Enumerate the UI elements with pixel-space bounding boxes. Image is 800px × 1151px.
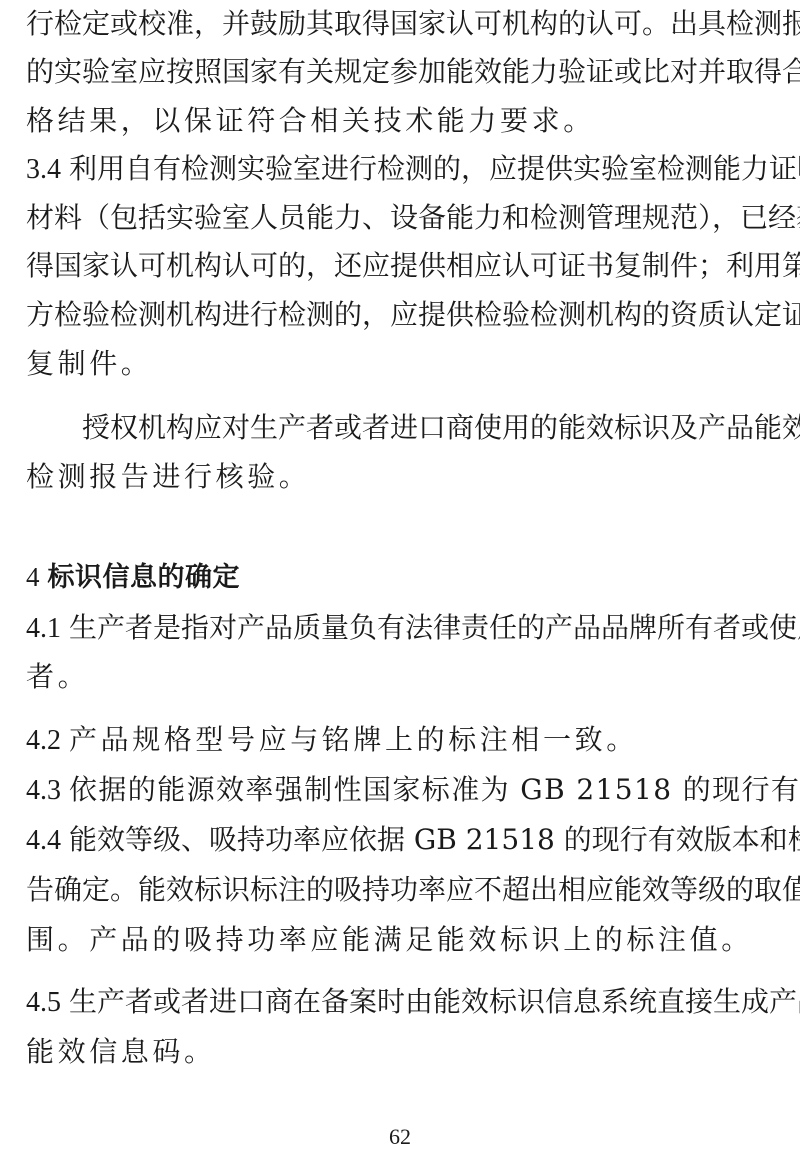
paragraph-line: 授权机构应对生产者或者进口商使用的能效标识及产品能效 <box>82 411 778 445</box>
clause-4-4-line: 围。产品的吸持功率应能满足能效标识上的标注值。 <box>26 923 778 957</box>
clause-text: 生产者是指对产品质量负有法律责任的产品品牌所有者或使用 <box>69 611 800 644</box>
clause-4-4-line: 告确定。能效标识标注的吸持功率应不超出相应能效等级的取值范 <box>26 873 778 907</box>
clause-4-4-line: 4.4能效等级、吸持功率应依据 GB 21518 的现行有效版本和检测报 <box>26 823 778 858</box>
clause-4-2-line: 4.2产品规格型号应与铭牌上的标注相一致。 <box>26 723 778 758</box>
clause-4-5-line: 4.5生产者或者进口商在备案时由能效标识信息系统直接生成产品 <box>26 985 778 1020</box>
clause-4-1-line: 4.1生产者是指对产品质量负有法律责任的产品品牌所有者或使用 <box>26 611 778 646</box>
clause-number: 3.4 <box>26 154 61 185</box>
clause-number: 4.2 <box>26 725 61 756</box>
clause-number: 4.3 <box>26 775 61 806</box>
clause-3-4-line: 复制件。 <box>26 347 778 381</box>
clause-number: 4.1 <box>26 613 61 644</box>
section-title: 标识信息的确定 <box>48 562 241 593</box>
paragraph-line: 的实验室应按照国家有关规定参加能效能力验证或比对并取得合 <box>26 55 778 89</box>
clause-3-4-line: 材料（包括实验室人员能力、设备能力和检测管理规范），已经获 <box>26 201 778 235</box>
clause-number: 4.5 <box>26 987 61 1018</box>
clause-number: 4.4 <box>26 825 61 856</box>
clause-3-4-line: 3.4利用自有检测实验室进行检测的，应提供实验室检测能力证明 <box>26 152 778 187</box>
clause-3-4-line: 得国家认可机构认可的，还应提供相应认可证书复制件；利用第三 <box>26 249 778 283</box>
clause-4-1-line: 者。 <box>26 660 778 694</box>
clause-text: 依据的能源效率强制性国家标准为 GB 21518 的现行有效版本。 <box>69 773 800 806</box>
clause-text: 利用自有检测实验室进行检测的，应提供实验室检测能力证明 <box>69 152 800 185</box>
clause-text: 生产者或者进口商在备案时由能效标识信息系统直接生成产品 <box>69 985 800 1018</box>
paragraph-line: 格结果，以保证符合相关技术能力要求。 <box>26 104 778 138</box>
paragraph-line: 行检定或校准，并鼓励其取得国家认可机构的认可。出具检测报告 <box>26 7 778 41</box>
clause-4-3-line: 4.3依据的能源效率强制性国家标准为 GB 21518 的现行有效版本。 <box>26 773 778 808</box>
section-heading: 4标识信息的确定 <box>26 560 778 595</box>
section-number: 4 <box>26 562 40 592</box>
clause-3-4-line: 方检验检测机构进行检测的，应提供检验检测机构的资质认定证书 <box>26 298 778 332</box>
page-number: 62 <box>0 1124 800 1150</box>
clause-4-5-line: 能效信息码。 <box>26 1035 778 1069</box>
clause-text: 产品规格型号应与铭牌上的标注相一致。 <box>69 723 638 756</box>
clause-text: 能效等级、吸持功率应依据 GB 21518 的现行有效版本和检测报 <box>69 823 800 856</box>
paragraph-line: 检测报告进行核验。 <box>26 460 778 494</box>
